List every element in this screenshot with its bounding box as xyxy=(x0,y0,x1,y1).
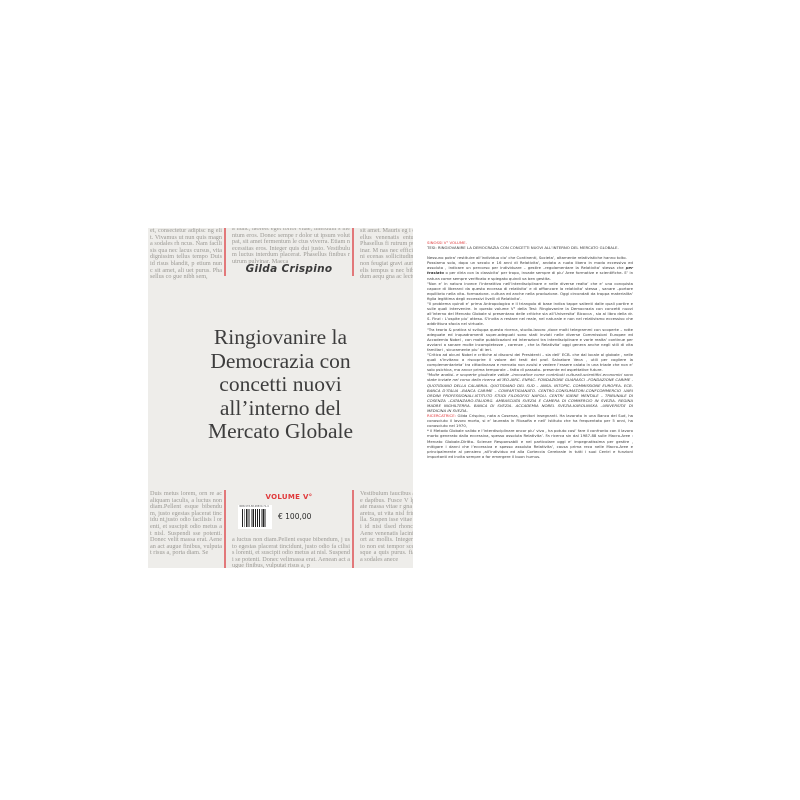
cover-red-rule xyxy=(224,490,226,568)
synopsis-researcher: RICERCATRICE: Gilda Crispino, nata a Cos… xyxy=(427,413,633,428)
synopsis-thesis: TESI: RINGIOVANIRE LA DEMOCRAZIA CON CON… xyxy=(427,245,633,250)
cover-title-line: all’interno del xyxy=(148,397,413,421)
cover-filler-text-top-left: et, consectetur adipisc ng elit. Vivamus… xyxy=(150,228,222,306)
synopsis-paragraph-italic: "Molte analisi- e scoperte giudicate val… xyxy=(427,372,633,413)
cover-volume-label: VOLUME V° xyxy=(226,493,352,501)
cover-title: Ringiovanire la Democrazia con concetti … xyxy=(148,326,413,444)
cover-title-line: Ringiovanire la xyxy=(148,326,413,350)
barcode-icon xyxy=(242,509,266,527)
synopsis-paragraph: "Il problema quindi e’ prima Antropologi… xyxy=(427,301,633,326)
cover-author: Gilda Crispino xyxy=(226,263,352,275)
synopsis-paragraph: * il Metodo Globale valido e l’interdisc… xyxy=(427,428,633,459)
cover-title-line: Mercato Globale xyxy=(148,420,413,444)
synopsis-paragraph: "Non e’ in natura invece l’interattivo n… xyxy=(427,281,633,301)
book-cover: et, consectetur adipisc ng elit. Vivamus… xyxy=(148,228,413,568)
researcher-text: Gilda Crispino, nata a Cosenza, genitori… xyxy=(427,413,633,428)
cover-title-line: concetti nuovi xyxy=(148,373,413,397)
cover-filler-text-bottom-center: a luctus non diam.Pellent esque bibendum… xyxy=(232,537,350,568)
synopsis-paragraph: "Critica ad alcuni Nobel e critiche ai d… xyxy=(427,352,633,372)
synopsis-panel: SINOSSI V° VOLUME. TESI: RINGIOVANIRE LA… xyxy=(427,240,633,459)
cover-filler-text-top-center: a nunc, laoreet eget tortor vitae, inter… xyxy=(232,228,350,266)
synopsis-paragraph: "Tra teoria & pratica si sviluppa questa… xyxy=(427,327,633,352)
cover-filler-text-bottom-right: Vestibulum faucibus ante dapibus. Fusce … xyxy=(360,491,413,568)
cover-red-rule xyxy=(352,228,354,276)
isbn-text: ISBN 978-88-98830-71-4 xyxy=(239,505,269,508)
barcode: ISBN 978-88-98830-71-4 xyxy=(238,505,272,529)
cover-price: € 100,00 xyxy=(278,512,311,521)
cover-title-line: Democrazia con xyxy=(148,350,413,374)
cover-filler-text-top-right: sit amet. Mauris eg i et tellus venenati… xyxy=(360,228,413,306)
synopsis-text: o per dirla con la classicita’ per tropo… xyxy=(427,270,633,280)
cover-red-rule xyxy=(352,490,354,568)
synopsis-text: Possiamo solo, dopo un secolo e 16 anni … xyxy=(427,260,633,270)
synopsis-paragraph: Possiamo solo, dopo un secolo e 16 anni … xyxy=(427,260,633,280)
cover-filler-text-bottom-left: Duis metus lorem, orn re ac aliquam iacu… xyxy=(150,491,222,568)
